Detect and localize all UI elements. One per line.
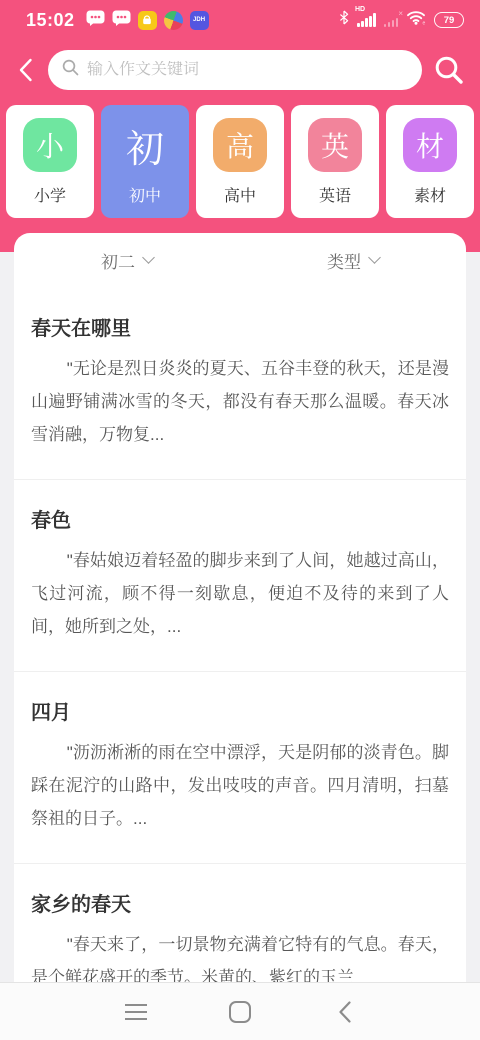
bluetooth-icon (339, 10, 349, 30)
home-button[interactable] (227, 999, 253, 1025)
essay-excerpt: "春姑娘迈着轻盈的脚步来到了人间，她越过高山，飞过河流，顾不得一刻歇息，便迫不及… (31, 544, 449, 643)
grade-filter-label: 初二 (101, 248, 135, 273)
category-label: 初中 (129, 183, 161, 206)
essay-list-item[interactable]: 春天在哪里 "无论是烈日炎炎的夏天、五谷丰登的秋天，还是漫山遍野铺满冰雪的冬天，… (14, 288, 466, 480)
essay-excerpt: "无论是烈日炎炎的夏天、五谷丰登的秋天，还是漫山遍野铺满冰雪的冬天，都没有春天那… (31, 352, 449, 451)
material-icon: 材 (403, 118, 457, 172)
app-header: 15:02 JDH HD × (0, 0, 480, 252)
signal-strength-icon: HD (357, 13, 376, 27)
english-icon: 英 (308, 118, 362, 172)
type-filter-dropdown[interactable]: 类型 (240, 248, 466, 273)
senior-high-icon: 高 (213, 118, 267, 172)
wifi-icon: e (406, 10, 426, 30)
type-filter-label: 类型 (327, 248, 361, 273)
category-label: 高中 (224, 183, 256, 206)
essay-title: 家乡的春天 (31, 888, 449, 917)
essay-list-item[interactable]: 春色 "春姑娘迈着轻盈的脚步来到了人间，她越过高山，飞过河流，顾不得一刻歇息，便… (14, 480, 466, 672)
hd-label: HD (355, 6, 365, 13)
status-bar-left: 15:02 JDH (26, 10, 209, 31)
category-senior-high[interactable]: 高 高中 (196, 105, 284, 218)
search-box[interactable] (48, 50, 422, 90)
shopping-app-icon (138, 11, 157, 30)
message-icon (86, 10, 105, 31)
essay-list-card: 初二 类型 春天在哪里 "无论是烈日炎炎的夏天、五谷丰登的秋天，还是漫山遍野铺满… (14, 233, 466, 1016)
category-row: 小 小学 初 初中 高 高中 英 英语 材 素材 (0, 100, 480, 218)
status-bar-right: HD × e 79 (339, 10, 464, 30)
junior-high-icon: 初 (118, 118, 172, 172)
category-label: 素材 (414, 183, 446, 206)
android-nav-bar (0, 982, 480, 1040)
message-icon (112, 10, 131, 31)
clock: 15:02 (26, 10, 75, 31)
essay-title: 春色 (31, 504, 449, 533)
browser-pinwheel-icon (164, 11, 183, 30)
category-primary-school[interactable]: 小 小学 (6, 105, 94, 218)
recents-menu-button[interactable] (123, 999, 149, 1025)
category-english[interactable]: 英 英语 (291, 105, 379, 218)
search-header (0, 40, 480, 100)
primary-school-icon: 小 (23, 118, 77, 172)
essay-excerpt: "沥沥淅淅的雨在空中漂浮，天是阴郁的淡青色。脚踩在泥泞的山路中，发出吱吱的声音。… (31, 736, 449, 835)
chevron-down-icon (142, 251, 155, 264)
grade-filter-dropdown[interactable]: 初二 (14, 248, 240, 273)
signal2-no-service-icon: × (384, 13, 399, 27)
svg-text:e: e (423, 21, 426, 26)
app-icon-jdh: JDH (190, 11, 209, 30)
search-submit-button[interactable] (430, 51, 468, 89)
search-input[interactable] (87, 61, 408, 79)
category-material[interactable]: 材 素材 (386, 105, 474, 218)
filter-row: 初二 类型 (14, 233, 466, 288)
essay-title: 四月 (31, 696, 449, 725)
back-button[interactable] (10, 55, 40, 85)
chevron-down-icon (368, 251, 381, 264)
battery-icon: 79 (434, 12, 464, 28)
category-label: 小学 (34, 183, 66, 206)
category-junior-high-selected[interactable]: 初 初中 (101, 105, 189, 218)
status-bar: 15:02 JDH HD × (0, 0, 480, 40)
essay-title: 春天在哪里 (31, 312, 449, 341)
back-nav-button[interactable] (331, 999, 357, 1025)
category-label: 英语 (319, 183, 351, 206)
search-icon (62, 59, 79, 81)
essay-list-item[interactable]: 四月 "沥沥淅淅的雨在空中漂浮，天是阴郁的淡青色。脚踩在泥泞的山路中，发出吱吱的… (14, 672, 466, 864)
